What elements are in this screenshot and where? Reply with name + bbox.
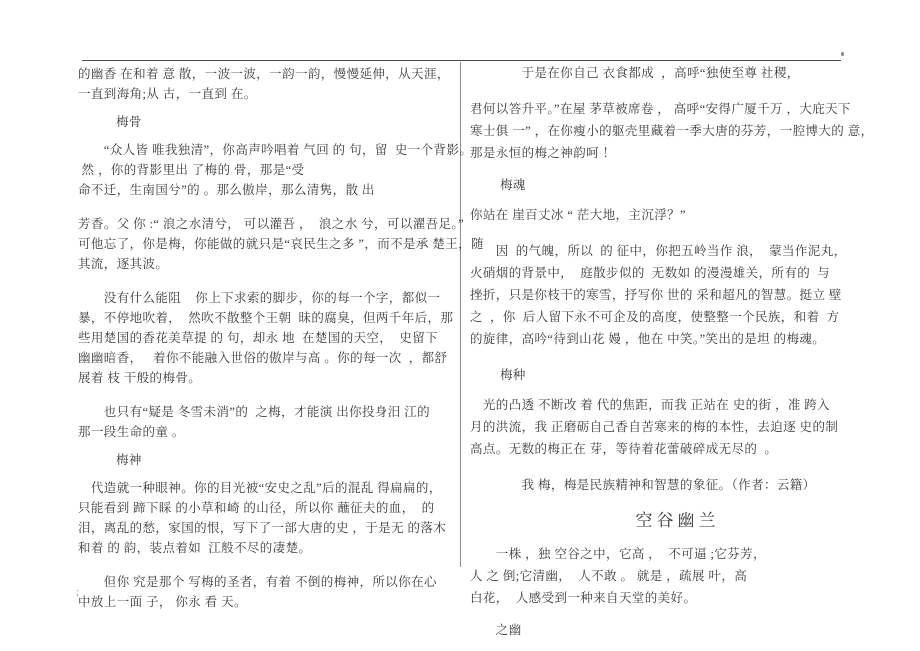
section-heading-meigu: 梅骨 (116, 112, 453, 132)
paragraph-meigu-4: 也只有“疑是 冬雪未消”的 之梅，才能演 出你投身汨 江的 那一段生命的童 。 (78, 402, 453, 442)
paragraph-meigu-3: 没有什么能阻 你上下求索的脚步，你的每一个字，都似一 暴，不停地吹着， 然吹不散… (78, 288, 453, 388)
paragraph-meizhong-1: 光的凸透 不断改 着 代的焦距，而我 正站在 史的街 ，准 跨入 月的洪流，我 … (470, 394, 915, 460)
section-heading-meishen: 梅神 (116, 450, 453, 470)
right-column: 于是在你自己 衣食都成 ，高呼“独使至尊 社稷， 君何以答升平。”在屋 茅草被席… (470, 62, 915, 651)
section-heading-meihun: 梅魂 (500, 174, 915, 196)
section-heading-meizhong: 梅种 (500, 364, 915, 386)
scan-speck (841, 52, 844, 56)
paragraph-meigu-1: “众人皆 唯我独清”，你高声吟唱着 气回 的 句，留 史一个背影。 然 ，你的背… (78, 140, 453, 200)
footer-stray-mark: ; (76, 586, 80, 598)
paragraph-meishen-2: 但你 究是那个 写梅的圣者，有着 不倒的梅神，所以你在心 中放上一面 子， 你永… (78, 572, 453, 612)
paragraph-meihun-1: 你站在 崖百丈冰 “ 茫大地，主沉浮？” (470, 204, 915, 226)
paragraph-meishen-cont-1: 于是在你自己 衣食都成 ，高呼“独使至尊 社稷， (470, 62, 915, 84)
paragraph-attribution: 我 梅，梅是民族精神和智慧的象征。（作者：云籍） (470, 474, 915, 496)
essay-title-konggu-youlan: 空谷幽兰 (470, 506, 885, 531)
left-column: 的幽香 在和着 意 散，一波一波，一韵一韵，慢慢延伸，从天涯， 一直到海角;从 … (78, 64, 453, 620)
paragraph-meishen-1: 代造就一种眼神。你的目光被“安史之乱”后的混乱 得扁扁的， 只能看到 蹄下睬 的… (78, 478, 453, 558)
paragraph-orchid-1: 一株 ，独 空谷之中，它高 ， 不可逼 ;它芬芳， 人 之 倒;它清幽， 人不敢… (470, 543, 915, 609)
document-page: 的幽香 在和着 意 散，一波一波，一韵一韵，慢慢延伸，从天涯， 一直到海角;从 … (0, 0, 920, 651)
paragraph-meihun-2: 因 的气魄，所以 的 征中，你把五岭当作 浪， 蒙当作泥丸， 火硝烟的背景中， … (470, 240, 915, 350)
paragraph-intro: 的幽香 在和着 意 散，一波一波，一韵一韵，慢慢延伸，从天涯， 一直到海角;从 … (78, 64, 453, 104)
top-horizontal-rule (82, 60, 841, 61)
column-divider-rule (460, 62, 461, 567)
paragraph-meigu-2: 芳香。父 你 :“ 浪之水清兮， 可以灌吾 ， 浪之水 兮，可以濯吾足。” 可他… (78, 214, 453, 274)
paragraph-meishen-cont-2: 君何以答升平。”在屋 茅草被席卷 ， 高呼“安得广厦千万 ，大庇天下 寒士俱 一… (470, 98, 915, 164)
paragraph-orchid-2: 之幽 (470, 619, 915, 641)
